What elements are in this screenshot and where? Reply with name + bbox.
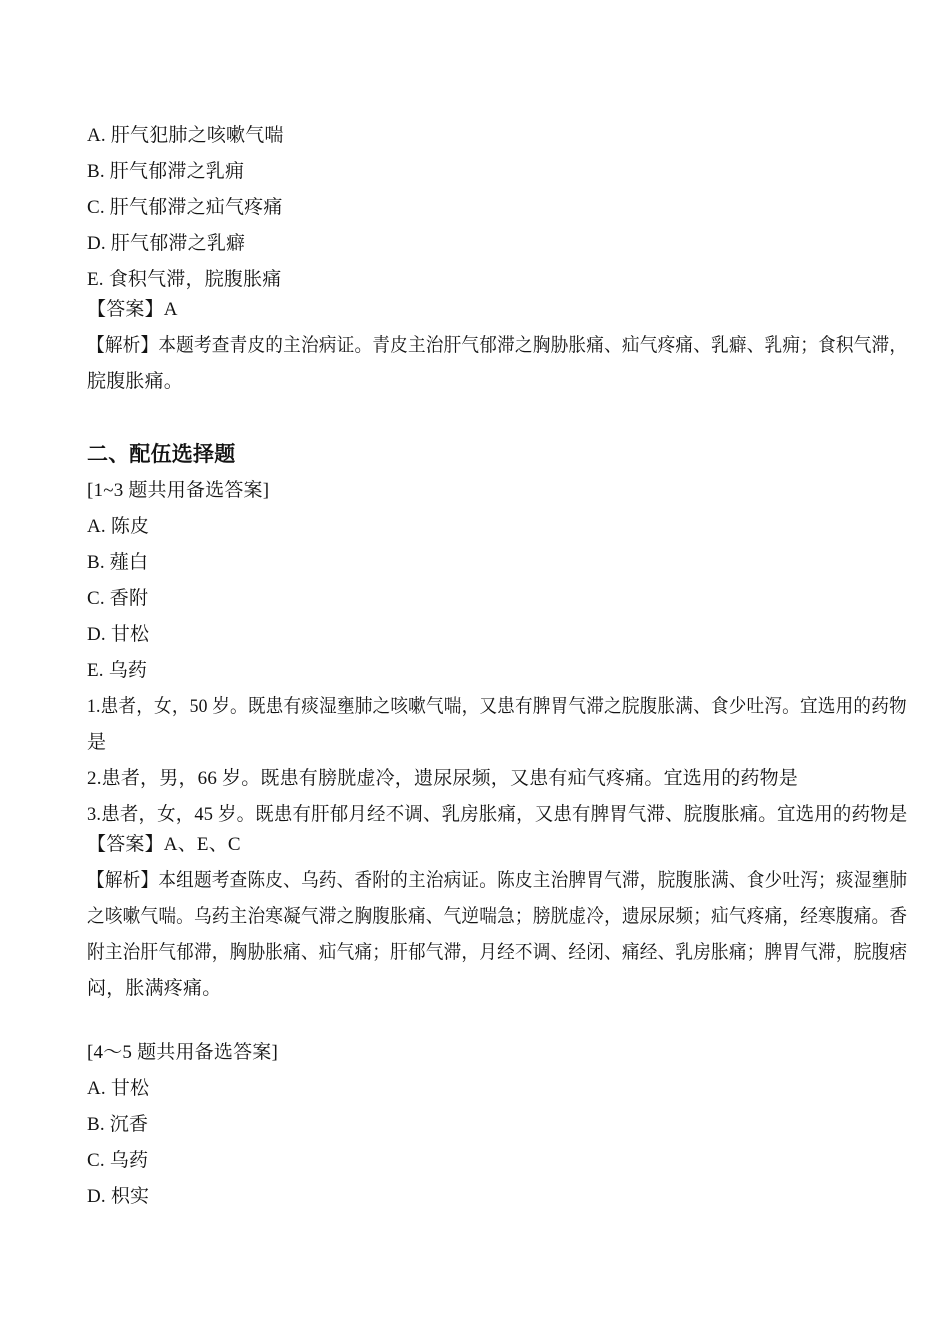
group1-analysis: 【解析】本组题考查陈皮、乌药、香附的主治病证。陈皮主治脾胃气滞，脘腹胀满、食少吐… <box>87 863 907 1007</box>
section-heading: 二、配伍选择题 <box>87 437 907 473</box>
option-line: E. 乌药 <box>87 653 907 689</box>
option-line: A. 肝气犯肺之咳嗽气喘 <box>87 118 907 154</box>
question-line: 2.患者，男，66 岁。既患有膀胱虚冷，遗尿尿频，又患有疝气疼痛。宜选用的药物是 <box>87 761 907 797</box>
group1-options: A. 陈皮B. 薤白C. 香附D. 甘松E. 乌药 <box>87 509 907 689</box>
analysis-line: 闷，胀满疼痛。 <box>87 971 907 1007</box>
question-line: 1.患者，女，50 岁。既患有痰湿壅肺之咳嗽气喘，又患有脾胃气滞之脘腹胀满、食少… <box>87 689 848 725</box>
option-line: A. 陈皮 <box>87 509 907 545</box>
option-line: C. 肝气郁滞之疝气疼痛 <box>87 190 907 226</box>
option-line: C. 香附 <box>87 581 907 617</box>
option-line: B. 薤白 <box>87 545 907 581</box>
option-line: D. 肝气郁滞之乳癖 <box>87 226 907 262</box>
question-line: 3.患者，女，45 岁。既患有肝郁月经不调、乳房胀痛，又患有脾胃气滞、脘腹胀痛。… <box>87 797 883 833</box>
option-line: D. 甘松 <box>87 617 907 653</box>
question-line: 是 <box>87 725 907 761</box>
document-content: A. 肝气犯肺之咳嗽气喘B. 肝气郁滞之乳痈C. 肝气郁滞之疝气疼痛D. 肝气郁… <box>87 118 907 1215</box>
option-line: D. 枳实 <box>87 1179 907 1215</box>
analysis-line: 之咳嗽气喘。乌药主治寒凝气滞之胸腹胀痛、气逆喘急；膀胱虚冷，遗尿尿频；疝气疼痛，… <box>87 899 848 935</box>
single-choice-analysis: 【解析】本题考查青皮的主治病证。青皮主治肝气郁滞之胸胁胀痛、疝气疼痛、乳癖、乳痈… <box>87 328 907 400</box>
group1-questions: 1.患者，女，50 岁。既患有痰湿壅肺之咳嗽气喘，又患有脾胃气滞之脘腹胀满、食少… <box>87 689 907 833</box>
document-page: A. 肝气犯肺之咳嗽气喘B. 肝气郁滞之乳痈C. 肝气郁滞之疝气疼痛D. 肝气郁… <box>0 0 950 1344</box>
group2-options: A. 甘松B. 沉香C. 乌药D. 枳实 <box>87 1071 907 1215</box>
analysis-line: 【解析】本题考查青皮的主治病证。青皮主治肝气郁滞之胸胁胀痛、疝气疼痛、乳癖、乳痈… <box>87 328 848 364</box>
single-choice-options: A. 肝气犯肺之咳嗽气喘B. 肝气郁滞之乳痈C. 肝气郁滞之疝气疼痛D. 肝气郁… <box>87 118 907 298</box>
group1-shared-answers-header: [1~3 题共用备选答案] <box>87 473 907 509</box>
analysis-line: 脘腹胀痛。 <box>87 364 907 400</box>
analysis-line: 附主治肝气郁滞，胸胁胀痛、疝气痛；肝郁气滞，月经不调、经闭、痛经、乳房胀痛；脾胃… <box>87 935 848 971</box>
option-line: A. 甘松 <box>87 1071 907 1107</box>
analysis-line: 【解析】本组题考查陈皮、乌药、香附的主治病证。陈皮主治脾胃气滞，脘腹胀满、食少吐… <box>87 863 848 899</box>
group2-shared-answers-header: [4～5 题共用备选答案] <box>87 1035 907 1071</box>
option-line: B. 沉香 <box>87 1107 907 1143</box>
option-line: B. 肝气郁滞之乳痈 <box>87 154 907 190</box>
option-line: C. 乌药 <box>87 1143 907 1179</box>
